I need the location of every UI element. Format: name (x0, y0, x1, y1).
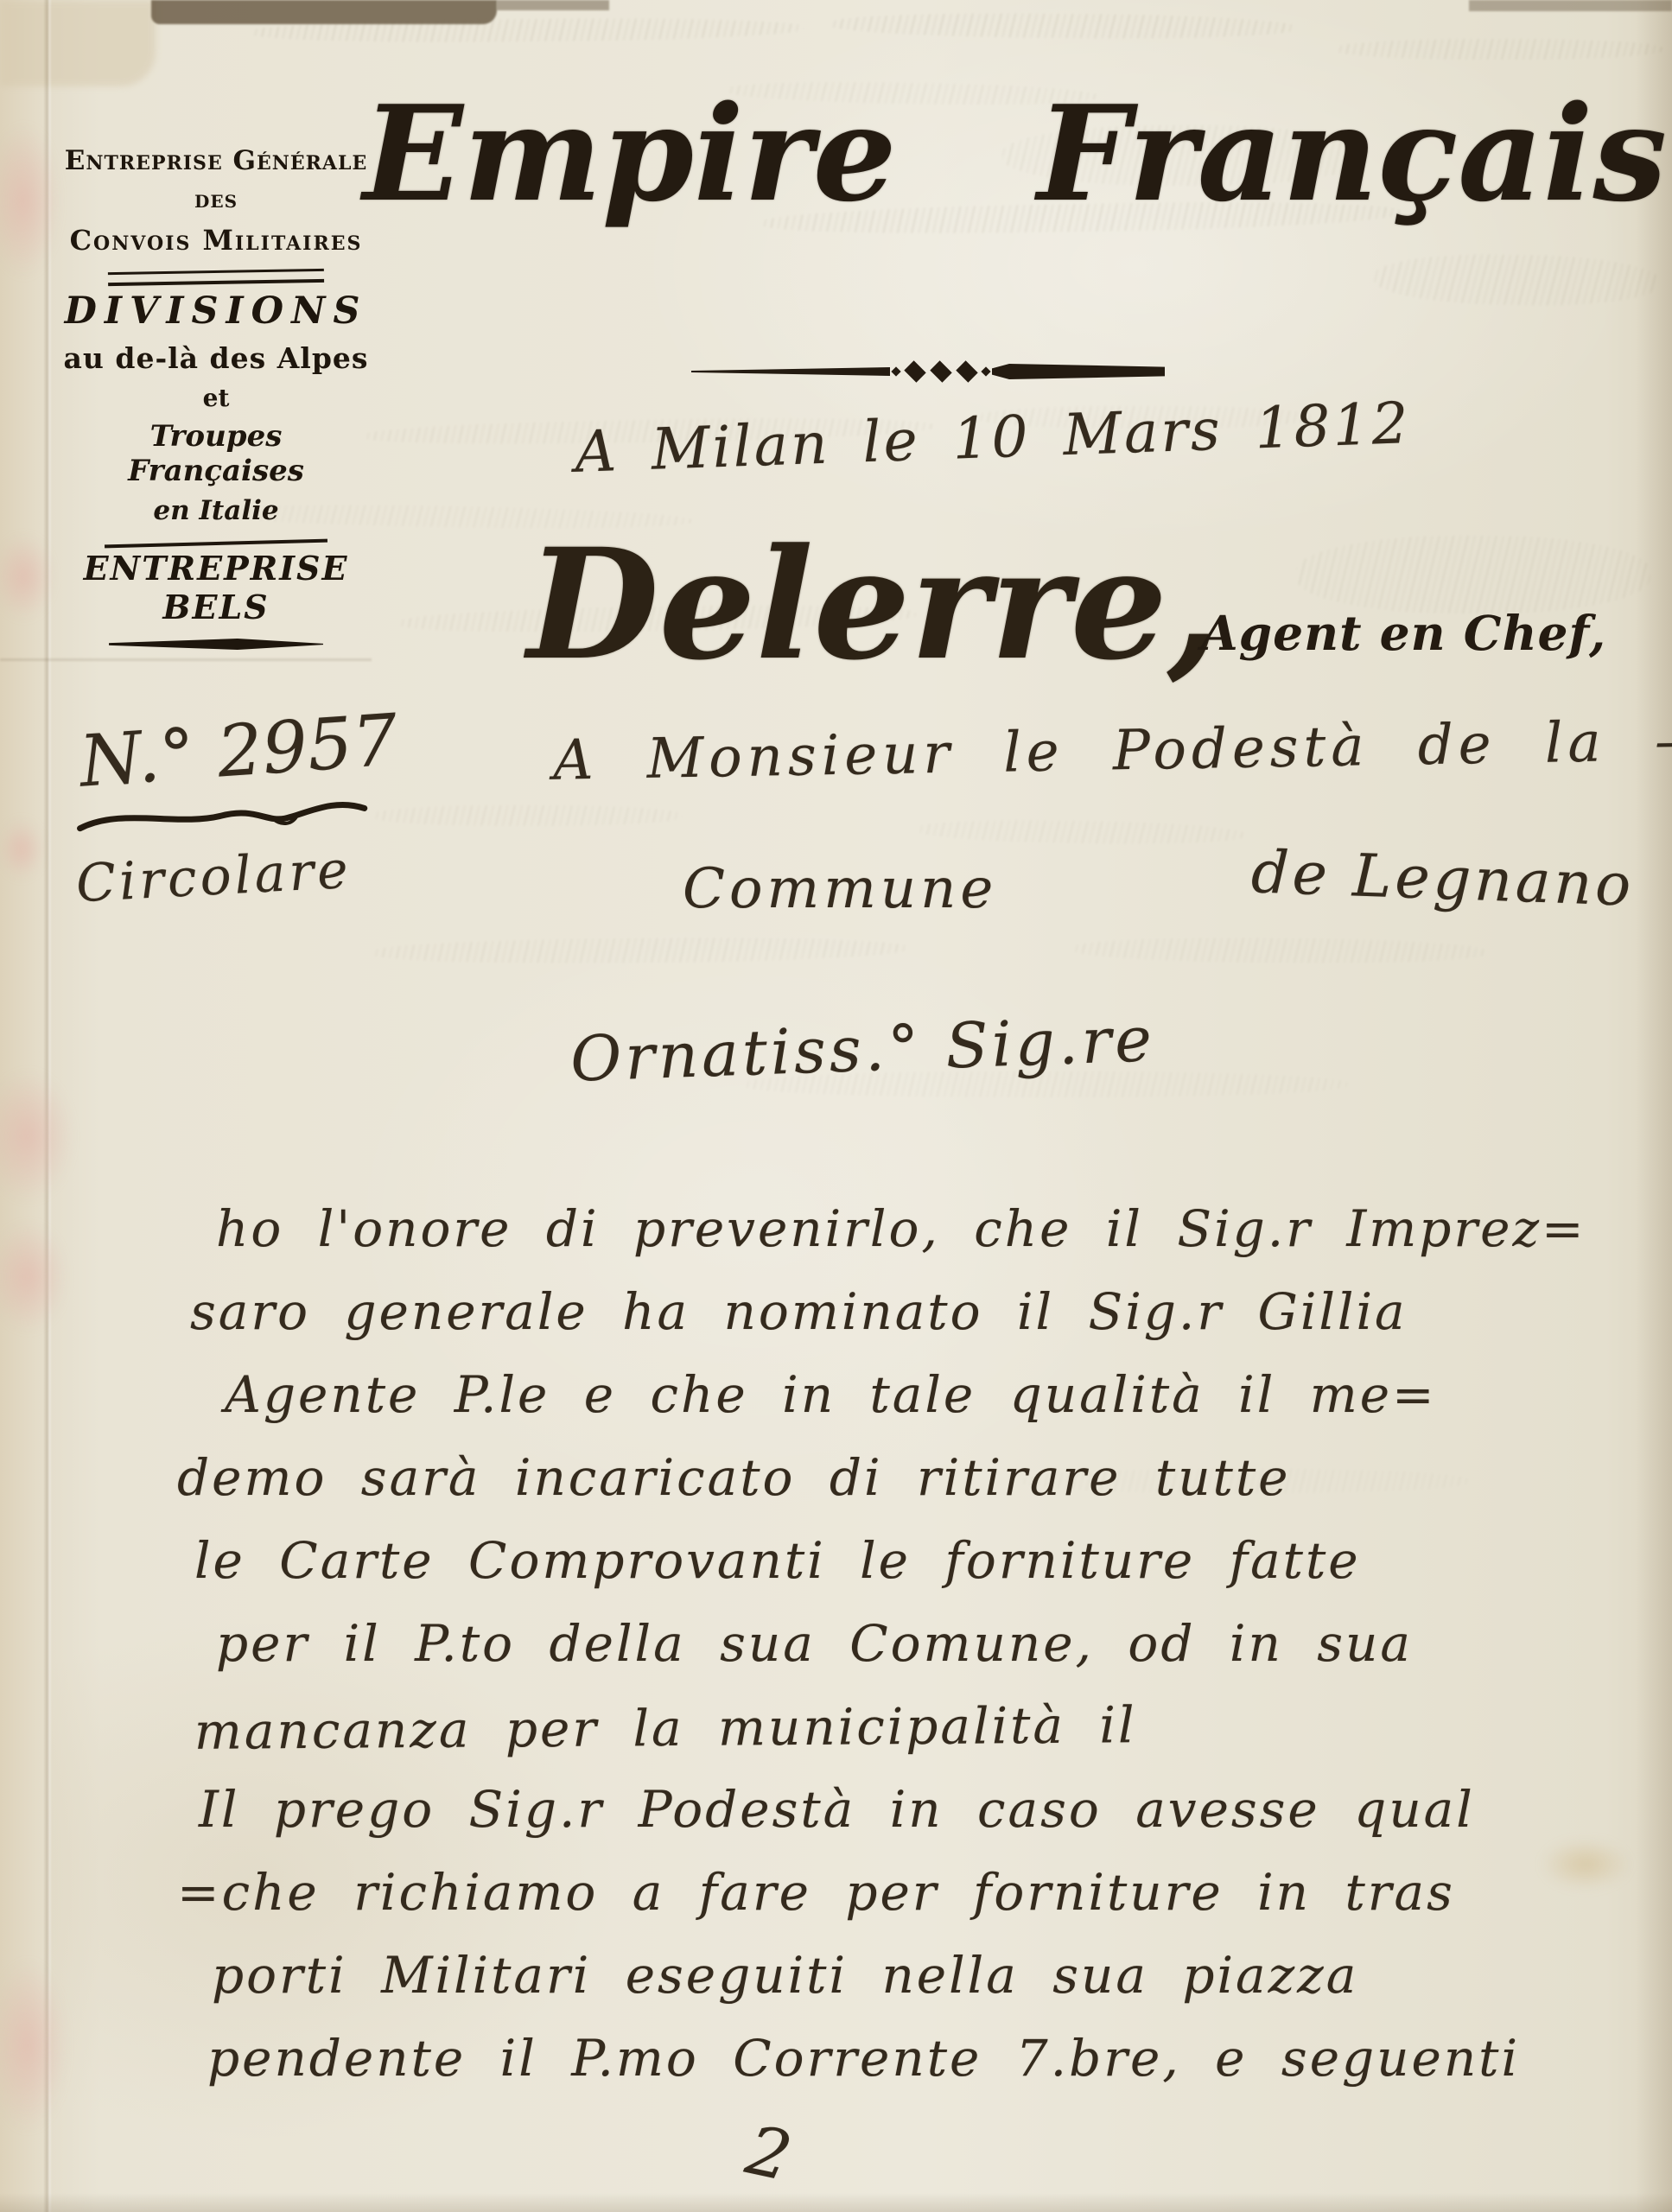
body-line: pendente il P.mo Corrente 7.bre, e segue… (177, 2029, 1663, 2112)
page-title: Empire Français (363, 76, 1616, 231)
body-line: mancanza per la municipalità il (177, 1692, 1664, 1785)
letterhead-double-rule (108, 269, 324, 286)
bleed-through-mark (1335, 39, 1663, 60)
paper-bottom-edge-shadow (0, 2193, 1672, 2212)
letterhead-tapered-rule (109, 639, 323, 650)
body-line: Agente P.le e che in tale qualità il me= (177, 1365, 1663, 1448)
letterhead-divisions: DIVISIONS (60, 289, 372, 333)
letterhead-company-line3: Convois Militaires (60, 224, 372, 257)
letterhead-region-line1: au de-là des Alpes (60, 341, 372, 375)
letterhead-company-line2: des (60, 185, 372, 213)
body-line: Il prego Sig.r Podestà in caso avesse qu… (177, 1780, 1663, 1863)
letterhead-company-line1: Entreprise Générale (60, 145, 372, 176)
paper-edge-mark (497, 0, 609, 10)
ornament-bead (981, 366, 990, 376)
horizontal-crease (0, 658, 372, 661)
title-ornament-divider (691, 363, 1165, 380)
letterhead: Entreprise Générale des Convois Militair… (60, 145, 372, 650)
letterhead-region-line4: en Italie (60, 495, 372, 526)
sender-name: Delerre, (527, 515, 1220, 694)
paper-edge-mark (1469, 0, 1672, 11)
ornament-left-rule (691, 366, 890, 377)
ornament-bead (956, 360, 977, 382)
body-line: saro generale ha nominato il Sig.r Gilli… (177, 1282, 1663, 1365)
body-line: demo sarà incaricato di ritirare tutte (177, 1448, 1663, 1531)
body-line: =che richiamo a fare per forniture in tr… (177, 1863, 1663, 1946)
body-line: ho l'onore di prevenirlo, che il Sig.r I… (177, 1199, 1663, 1282)
body-line: le Carte Comprovanti le forniture fatte (177, 1531, 1663, 1614)
letterhead-region-line2: et (60, 384, 372, 412)
sender-title: Agent en Chef, (1201, 605, 1606, 661)
ornament-bead (891, 366, 900, 376)
letter-body: ho l'onore di prevenirlo, che il Sig.r I… (177, 1199, 1663, 2112)
addressee-line3: de Legnano (1250, 838, 1636, 919)
letterhead-rule (105, 539, 327, 549)
ornament-bead (930, 360, 951, 382)
ornament-bead (904, 360, 925, 382)
addressee-line2: Commune (683, 857, 997, 921)
letterhead-region-line3: Troupes Françaises (60, 419, 372, 488)
body-line: per il P.to della sua Comune, od in sua (177, 1614, 1663, 1697)
scanned-letter-page: { "document": { "letterhead": { "line1":… (0, 0, 1672, 2212)
bleed-through-mark (372, 805, 683, 826)
paper-corner-patch (0, 0, 156, 86)
bleed-through-mark (1296, 536, 1650, 613)
body-line: porti Militari eseguiti nella sua piazza (177, 1946, 1663, 2029)
letterhead-enterprise-bels: ENTREPRISE BELS (60, 549, 372, 626)
ornament-right-rule (992, 364, 1165, 379)
